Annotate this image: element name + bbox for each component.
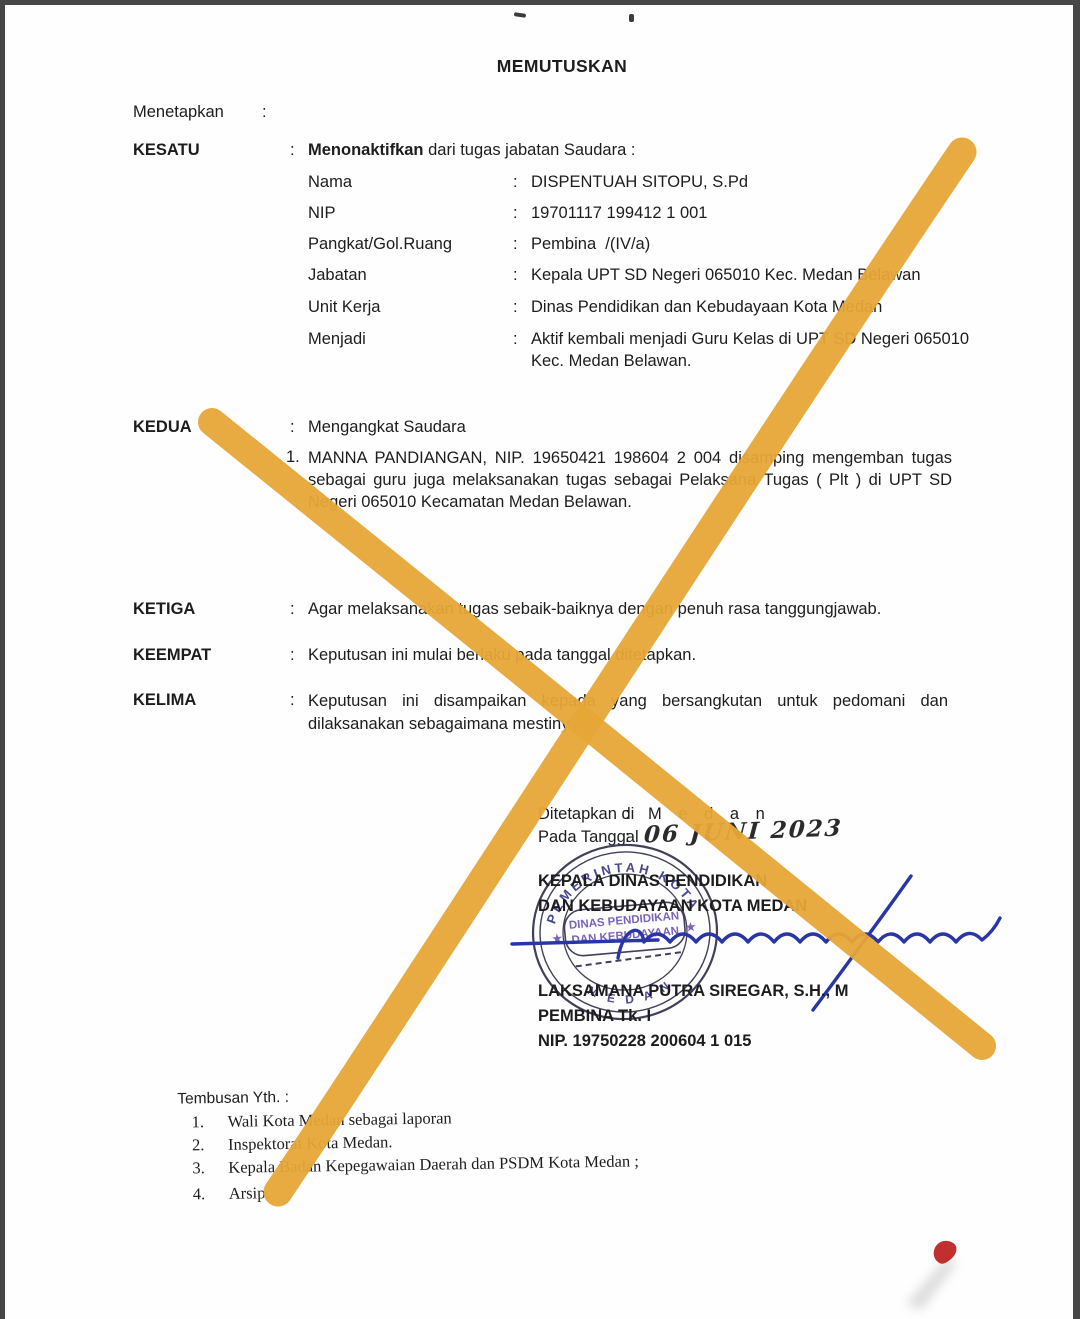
tembusan-item-number: 2. bbox=[178, 1134, 228, 1156]
scan-edge-right bbox=[1073, 0, 1080, 1319]
scan-edge-left bbox=[0, 0, 5, 1319]
colon: : bbox=[513, 329, 518, 351]
field-label-unit-kerja: Unit Kerja bbox=[308, 297, 380, 319]
kedua-label: KEDUA bbox=[133, 417, 192, 439]
colon: : bbox=[290, 417, 295, 439]
menetapkan-label: Menetapkan bbox=[133, 102, 224, 124]
kedua-item-number: 1. bbox=[286, 447, 300, 469]
kesatu-intro-rest: dari tugas jabatan Saudara : bbox=[424, 141, 636, 159]
tembusan-item: 4. Arsip. bbox=[179, 1177, 640, 1205]
kedua-value: Mengangkat Saudara bbox=[308, 417, 466, 439]
document-page: MEMUTUSKAN Menetapkan : KESATU : Menonak… bbox=[0, 0, 1080, 1319]
field-label-jabatan: Jabatan bbox=[308, 265, 367, 287]
colon: : bbox=[262, 102, 267, 124]
ketiga-label: KETIGA bbox=[133, 599, 195, 621]
colon: : bbox=[513, 172, 518, 194]
colon: : bbox=[290, 140, 295, 162]
kesatu-intro-bold: Menonaktifkan bbox=[308, 141, 424, 159]
colon: : bbox=[513, 203, 518, 225]
keempat-value: Keputusan ini mulai berlaku pada tanggal… bbox=[308, 645, 696, 667]
tembusan-item-text: Kepala Badan Kepegawaian Daerah dan PSDM… bbox=[228, 1151, 639, 1178]
keempat-label: KEEMPAT bbox=[133, 645, 211, 667]
tembusan-block: Tembusan Yth. : 1. Wali Kota Medan sebag… bbox=[177, 1082, 639, 1205]
office-line1: KEPALA DINAS PENDIDIKAN bbox=[538, 871, 767, 893]
field-value-unit-kerja: Dinas Pendidikan dan Kebudayaan Kota Med… bbox=[531, 297, 882, 319]
place-label: Ditetapkan di bbox=[538, 804, 634, 826]
kelima-value: Keputusan ini disampaikan kepada yang be… bbox=[308, 690, 948, 736]
field-label-menjadi: Menjadi bbox=[308, 329, 366, 351]
tembusan-item-text: Wali Kota Medan sebagai laporan bbox=[227, 1108, 451, 1133]
scan-artifact bbox=[629, 14, 634, 22]
tembusan-item-text: Inspektorat Kota Medan. bbox=[228, 1132, 393, 1156]
tembusan-item-number: 4. bbox=[179, 1183, 229, 1205]
kesatu-intro: Menonaktifkan dari tugas jabatan Saudara… bbox=[308, 140, 635, 162]
kesatu-label: KESATU bbox=[133, 140, 200, 162]
signer-rank: PEMBINA Tk. I bbox=[538, 1006, 651, 1028]
ketiga-value: Agar melaksanakan tugas sebaik-baiknya d… bbox=[308, 599, 881, 621]
colon: : bbox=[513, 297, 518, 319]
signature-wave bbox=[618, 918, 1000, 958]
scan-edge-top bbox=[0, 0, 1080, 5]
field-label-nama: Nama bbox=[308, 172, 352, 194]
scan-artifact bbox=[514, 12, 526, 18]
colon: : bbox=[513, 234, 518, 256]
kelima-label: KELIMA bbox=[133, 690, 196, 712]
field-label-pangkat: Pangkat/Gol.Ruang bbox=[308, 234, 452, 256]
signature-underline bbox=[512, 940, 658, 944]
field-value-menjadi: Aktif kembali menjadi Guru Kelas di UPT … bbox=[531, 329, 975, 373]
office-line2: DAN KEBUDAYAAN KOTA MEDAN bbox=[538, 896, 807, 918]
colon: : bbox=[625, 804, 630, 826]
red-mark-shadow bbox=[906, 1260, 958, 1310]
tembusan-item-number: 1. bbox=[177, 1111, 227, 1133]
red-pen-mark bbox=[900, 1222, 1030, 1317]
kedua-item-text: MANNA PANDIANGAN, NIP. 19650421 198604 2… bbox=[308, 447, 952, 513]
field-value-pangkat: Pembina /(IV/a) bbox=[531, 234, 650, 256]
tembusan-item: 3. Kepala Badan Kepegawaian Daerah dan P… bbox=[178, 1151, 639, 1179]
colon: : bbox=[290, 690, 295, 712]
field-label-nip: NIP bbox=[308, 203, 336, 225]
colon: : bbox=[513, 265, 518, 287]
signer-name: LAKSAMANA PUTRA SIREGAR, S.H., M bbox=[538, 981, 848, 1003]
colon: : bbox=[290, 599, 295, 621]
document-title: MEMUTUSKAN bbox=[22, 55, 1080, 78]
tembusan-item-text: Arsip. bbox=[229, 1183, 270, 1205]
field-value-nip: 19701117 199412 1 001 bbox=[531, 203, 707, 225]
signer-nip: NIP. 19750228 200604 1 015 bbox=[538, 1031, 751, 1053]
colon: : bbox=[290, 645, 295, 667]
red-mark-tip bbox=[934, 1241, 957, 1264]
field-value-nama: DISPENTUAH SITOPU, S.Pd bbox=[531, 172, 748, 194]
tembusan-item-number: 3. bbox=[178, 1157, 228, 1179]
field-value-jabatan: Kepala UPT SD Negeri 065010 Kec. Medan B… bbox=[531, 265, 921, 287]
